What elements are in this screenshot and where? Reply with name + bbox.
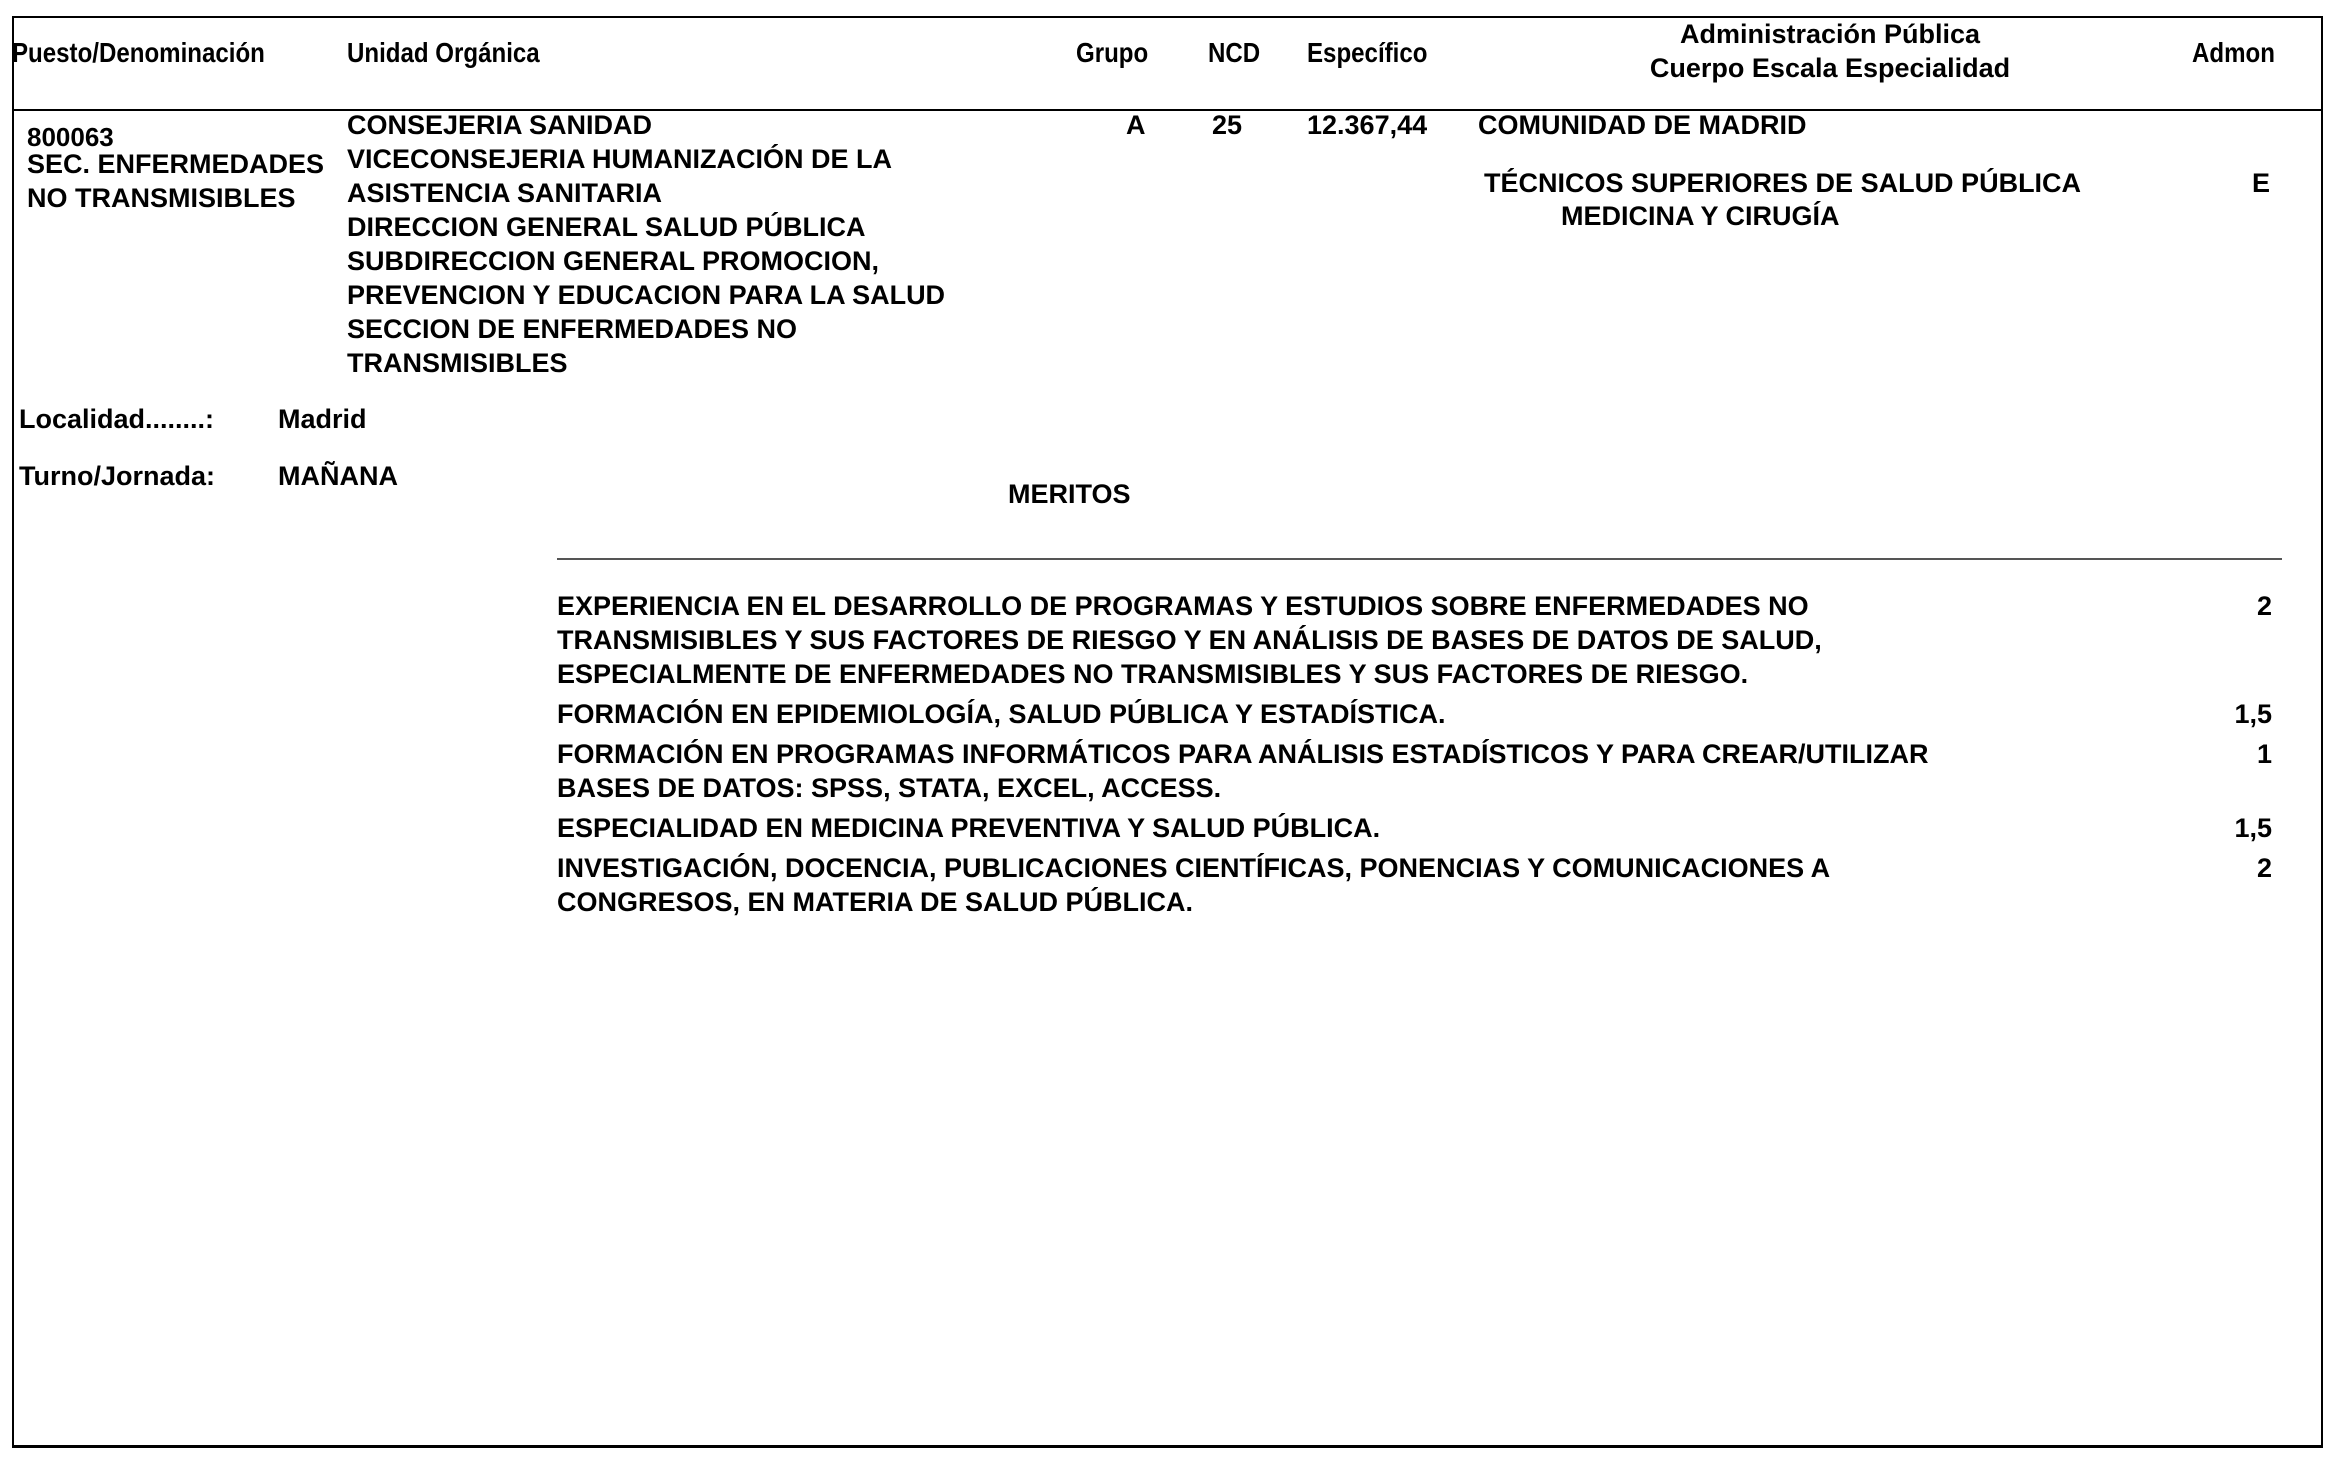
especifico-value: 12.367,44 <box>1307 108 1427 142</box>
denominacion-line: SEC. ENFERMEDADES <box>27 147 324 181</box>
merito-points: 2 <box>2152 851 2272 885</box>
turno-label: Turno/Jornada: <box>19 459 215 493</box>
localidad-value: Madrid <box>278 402 367 436</box>
unidad-line: SECCION DE ENFERMEDADES NO <box>347 312 945 346</box>
unidad-line: CONSEJERIA SANIDAD <box>347 108 945 142</box>
admon-value: E <box>2252 166 2270 200</box>
header-especifico: Específico <box>1307 36 1427 70</box>
ncd-value: 25 <box>1212 108 1242 142</box>
merito-text: FORMACIÓN EN PROGRAMAS INFORMÁTICOS PARA… <box>557 737 2057 805</box>
merito-text: FORMACIÓN EN EPIDEMIOLOGÍA, SALUD PÚBLIC… <box>557 697 2057 731</box>
turno-value: MAÑANA <box>278 459 398 493</box>
unidad-line: DIRECCION GENERAL SALUD PÚBLICA <box>347 210 945 244</box>
unidad-line: VICECONSEJERIA HUMANIZACIÓN DE LA <box>347 142 945 176</box>
denominacion-line: NO TRANSMISIBLES <box>27 181 324 215</box>
merito-points: 1,5 <box>2152 811 2272 845</box>
unidad-line: TRANSMISIBLES <box>347 346 945 380</box>
cuerpo-value: TÉCNICOS SUPERIORES DE SALUD PÚBLICA <box>1484 166 2081 200</box>
grupo-value: A <box>1126 108 1146 142</box>
meritos-title: MERITOS <box>1008 477 1131 511</box>
merito-text: EXPERIENCIA EN EL DESARROLLO DE PROGRAMA… <box>557 589 2057 691</box>
header-unidad: Unidad Orgánica <box>347 36 540 70</box>
administracion-value: COMUNIDAD DE MADRID <box>1478 108 1806 142</box>
meritos-rule <box>557 558 2282 560</box>
header-ncd: NCD <box>1208 36 1260 70</box>
localidad-label: Localidad........: <box>19 402 214 436</box>
merito-points: 2 <box>2152 589 2272 623</box>
unidad-line: SUBDIRECCION GENERAL PROMOCION, <box>347 244 945 278</box>
puesto-denominacion: SEC. ENFERMEDADESNO TRANSMISIBLES <box>27 147 324 215</box>
merito-points: 1 <box>2152 737 2272 771</box>
unidad-line: ASISTENCIA SANITARIA <box>347 176 945 210</box>
header-cuerpo-escala: Cuerpo Escala Especialidad <box>1600 51 2060 85</box>
unidad-line: PREVENCION Y EDUCACION PARA LA SALUD <box>347 278 945 312</box>
merito-points: 1,5 <box>2152 697 2272 731</box>
merito-text: INVESTIGACIÓN, DOCENCIA, PUBLICACIONES C… <box>557 851 2057 919</box>
header-admon: Admon <box>2192 36 2275 70</box>
especialidad-value: MEDICINA Y CIRUGÍA <box>1561 199 1840 233</box>
merito-text: ESPECIALIDAD EN MEDICINA PREVENTIVA Y SA… <box>557 811 2057 845</box>
header-grupo: Grupo <box>1076 36 1148 70</box>
header-puesto: Puesto/Denominación <box>12 36 265 70</box>
header-administracion: Administración Pública <box>1600 17 2060 51</box>
unidad-organica: CONSEJERIA SANIDADVICECONSEJERIA HUMANIZ… <box>347 108 945 380</box>
